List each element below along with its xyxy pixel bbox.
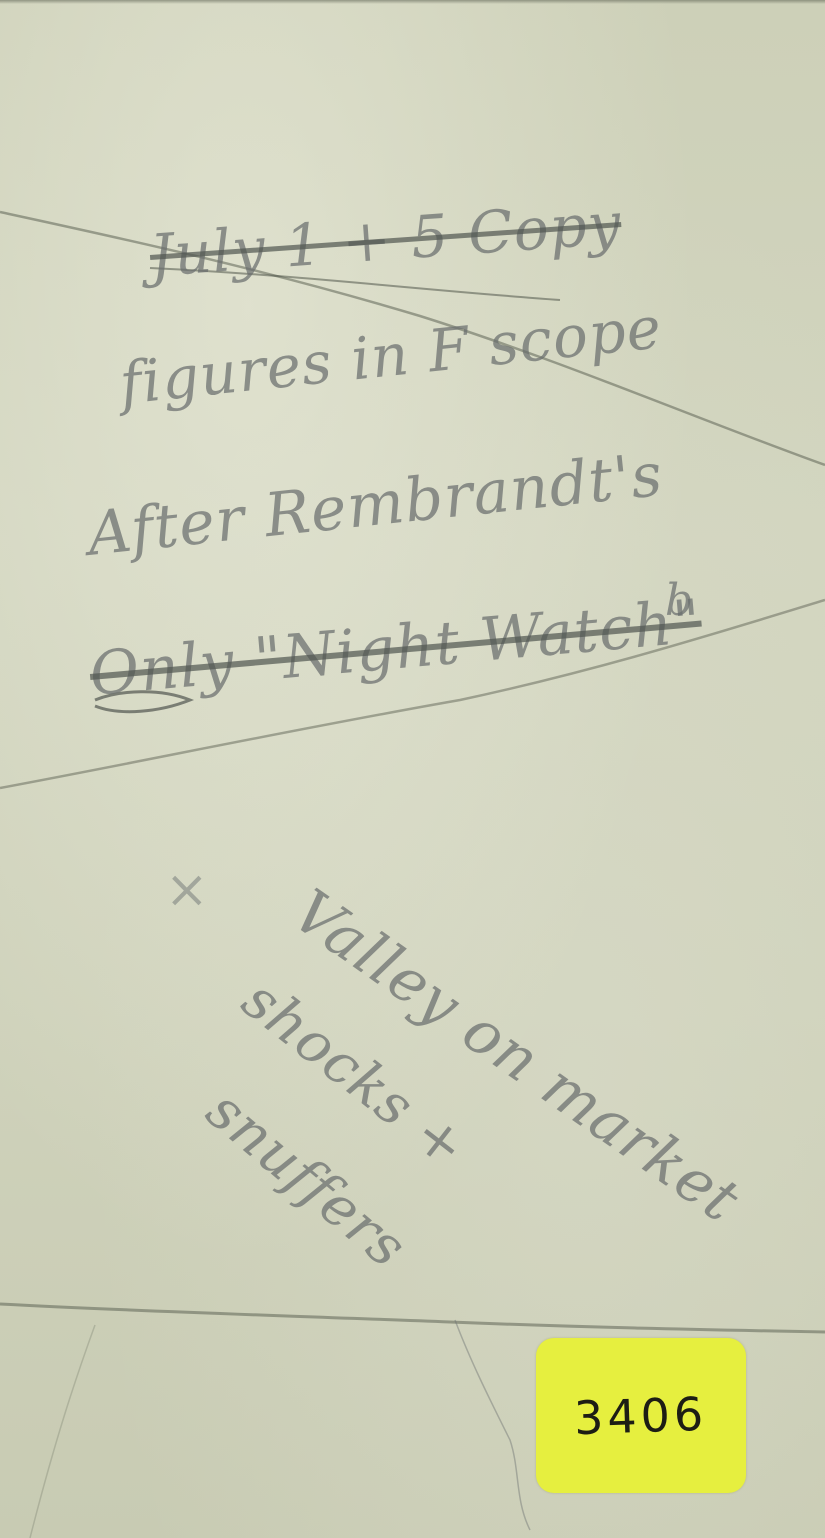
paper-card: July 1 + 5 Copy figures in F scope After… <box>0 0 825 1538</box>
x-mark-icon: × <box>165 860 210 920</box>
inventory-number: 3406 <box>574 1386 709 1445</box>
inventory-sticker: 3406 <box>536 1338 746 1493</box>
note-line-4-annotation: b <box>665 575 694 626</box>
